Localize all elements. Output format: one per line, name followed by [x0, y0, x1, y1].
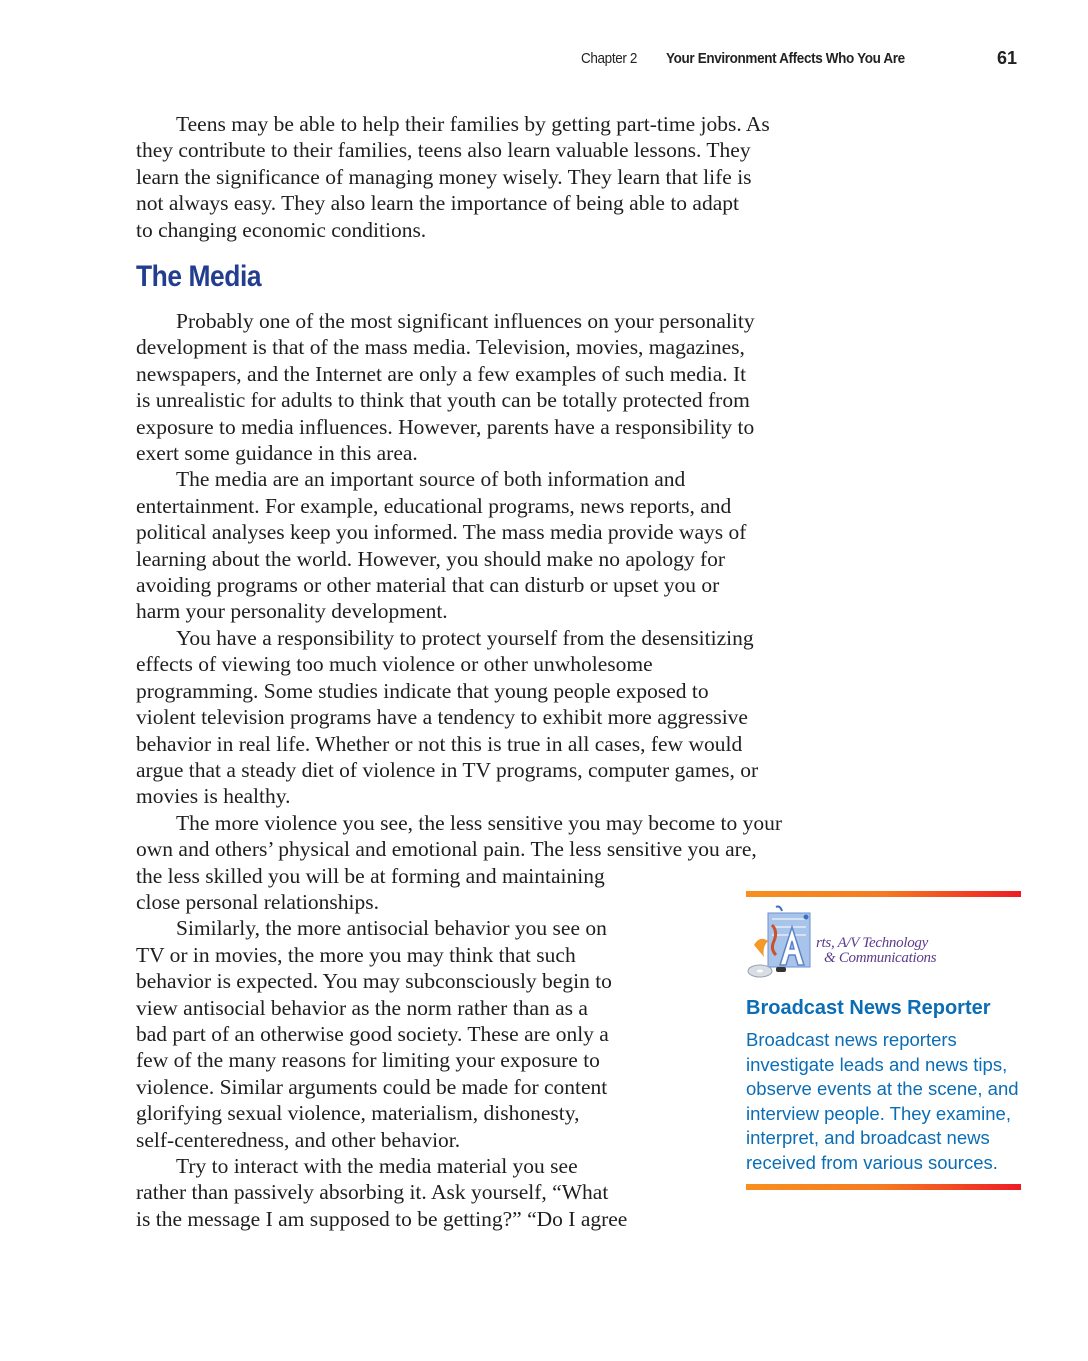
- paragraph-4: The more violence you see, the less sens…: [136, 810, 782, 916]
- paragraph-6: Try to interact with the media material …: [136, 1153, 782, 1232]
- text-line: behavior in real life. Whether or not th…: [136, 731, 782, 757]
- text-line: political analyses keep you informed. Th…: [136, 519, 782, 545]
- accent-bar-bottom: [746, 1184, 1021, 1190]
- text-line: own and others’ physical and emotional p…: [136, 836, 782, 862]
- text-line: programming. Some studies indicate that …: [136, 678, 782, 704]
- text-line: TV or in movies, the more you may think …: [136, 942, 782, 968]
- text-line: Probably one of the most significant inf…: [136, 308, 782, 334]
- section-body: Probably one of the most significant inf…: [136, 308, 782, 1232]
- paragraph-5: Similarly, the more antisocial behavior …: [136, 915, 782, 1153]
- paragraph-1: Probably one of the most significant inf…: [136, 308, 782, 466]
- running-head: Chapter 2 Your Environment Affects Who Y…: [0, 48, 1088, 72]
- text-line: violence. Similar arguments could be mad…: [136, 1074, 782, 1100]
- text-line: learn the significance of managing money…: [136, 164, 770, 190]
- text-line: development is that of the mass media. T…: [136, 334, 782, 360]
- text-line: bad part of an otherwise good society. T…: [136, 1021, 782, 1047]
- text-line: not always easy. They also learn the imp…: [136, 190, 770, 216]
- career-cluster-logo: rts, A/V Technology & Communications: [746, 905, 1021, 985]
- text-line: glorifying sexual violence, materialism,…: [136, 1100, 782, 1126]
- text-line: exposure to media influences. However, p…: [136, 414, 782, 440]
- text-line: is the message I am supposed to be getti…: [136, 1206, 782, 1232]
- page-number: 61: [997, 48, 1017, 69]
- career-sidebar: rts, A/V Technology & Communications Bro…: [746, 891, 1021, 1190]
- logo-text-line2: & Communications: [824, 950, 936, 967]
- arts-av-technology-communications-icon: [746, 905, 826, 985]
- text-line: effects of viewing too much violence or …: [136, 651, 782, 677]
- text-line: the less skilled you will be at forming …: [136, 863, 782, 889]
- text-line: The media are an important source of bot…: [136, 466, 782, 492]
- text-line: newspapers, and the Internet are only a …: [136, 361, 782, 387]
- text-line: to changing economic conditions.: [136, 217, 770, 243]
- text-line: avoiding programs or other material that…: [136, 572, 782, 598]
- intro-paragraph: Teens may be able to help their families…: [136, 111, 770, 243]
- career-title: Broadcast News Reporter: [746, 995, 1021, 1022]
- chapter-label: Chapter 2: [581, 50, 637, 67]
- career-description: Broadcast news reporters investigate lea…: [746, 1028, 1021, 1176]
- text-line: entertainment. For example, educational …: [136, 493, 782, 519]
- text-line: they contribute to their families, teens…: [136, 137, 770, 163]
- section-heading: The Media: [136, 260, 261, 294]
- paragraph-2: The media are an important source of bot…: [136, 466, 782, 624]
- text-line: You have a responsibility to protect you…: [136, 625, 782, 651]
- text-line: The more violence you see, the less sens…: [136, 810, 782, 836]
- text-line: Try to interact with the media material …: [136, 1153, 782, 1179]
- text-line: is unrealistic for adults to think that …: [136, 387, 782, 413]
- text-line: Similarly, the more antisocial behavior …: [136, 915, 782, 941]
- text-line: close personal relationships.: [136, 889, 782, 915]
- text-line: view antisocial behavior as the norm rat…: [136, 995, 782, 1021]
- text-line: few of the many reasons for limiting you…: [136, 1047, 782, 1073]
- text-line: Teens may be able to help their families…: [136, 111, 770, 137]
- text-line: harm your personality development.: [136, 598, 782, 624]
- text-line: behavior is expected. You may subconscio…: [136, 968, 782, 994]
- accent-bar-top: [746, 891, 1021, 897]
- text-line: rather than passively absorbing it. Ask …: [136, 1179, 782, 1205]
- text-line: violent television programs have a tende…: [136, 704, 782, 730]
- text-line: argue that a steady diet of violence in …: [136, 757, 782, 783]
- paragraph-3: You have a responsibility to protect you…: [136, 625, 782, 810]
- text-line: exert some guidance in this area.: [136, 440, 782, 466]
- chapter-title: Your Environment Affects Who You Are: [666, 50, 905, 67]
- text-line: self-centeredness, and other behavior.: [136, 1127, 782, 1153]
- text-line: learning about the world. However, you s…: [136, 546, 782, 572]
- text-line: movies is healthy.: [136, 783, 782, 809]
